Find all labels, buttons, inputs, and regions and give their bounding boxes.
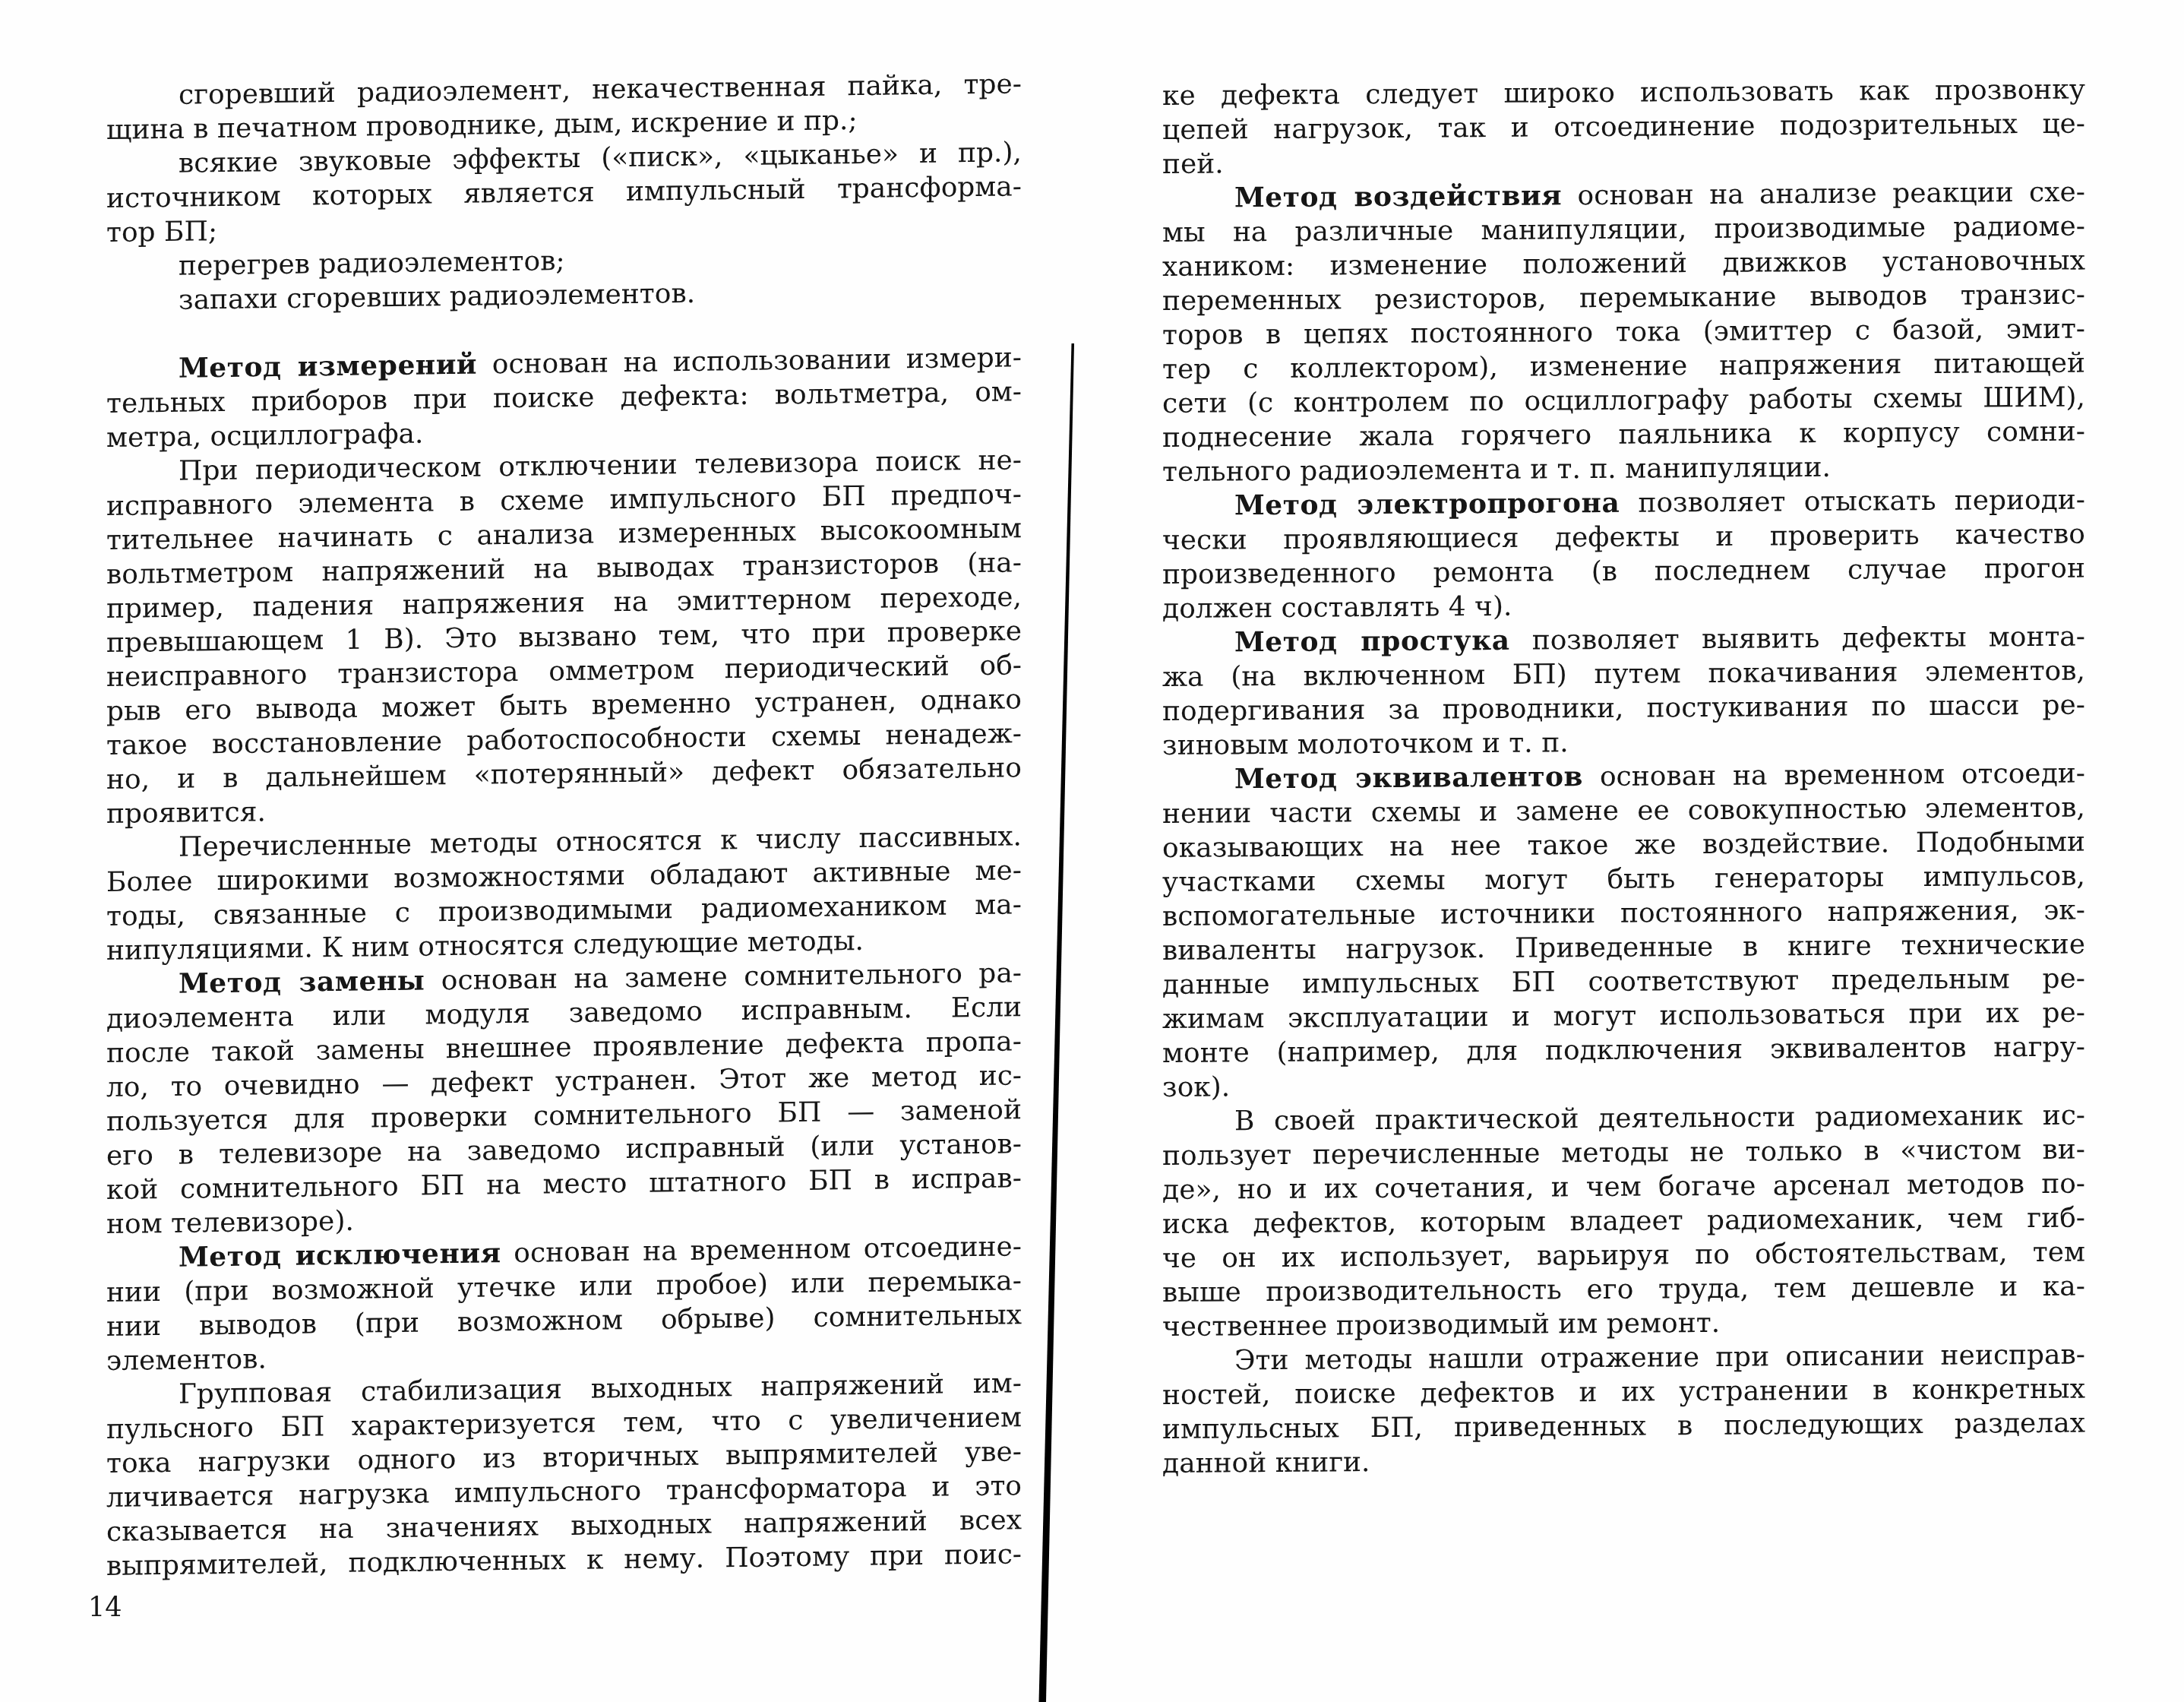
method-term-bold: Метод измерений: [179, 349, 477, 384]
method-term-bold: Метод замены: [179, 965, 425, 1000]
text-line: цепей нагрузок, так и отсоединение подоз…: [1162, 107, 2085, 147]
text-line: подергивания за проводники, постукивания…: [1162, 688, 2085, 729]
text-line: данной книги.: [1162, 1441, 2085, 1481]
text-line: поднесение жала горячего паяльника к кор…: [1162, 415, 2085, 455]
page-number: 14: [88, 1593, 122, 1623]
method-term-bold: Метод электропрогона: [1234, 487, 1620, 522]
left-page-text-column: сгоревший радиоэлемент, некачественная п…: [106, 67, 1022, 1583]
method-term-bold: Метод простука: [1234, 625, 1510, 659]
text-line: импульсных БП, приведенных в последующих…: [1162, 1406, 2085, 1447]
book-spread-page: сгоревший радиоэлемент, некачественная п…: [0, 0, 2184, 1702]
text-line: произведенного ремонта (в последнем случ…: [1162, 552, 2085, 592]
text-line: монте (например, для подключения эквивал…: [1162, 1030, 2085, 1071]
right-page-text-column: ке дефекта следует широко использовать к…: [1162, 73, 2085, 1481]
method-term-bold: Метод эквивалентов: [1234, 761, 1583, 795]
method-term-bold: Метод воздействия: [1234, 179, 1562, 214]
method-term-bold: Метод исключения: [179, 1237, 501, 1273]
text-line: выше производительность его труда, тем д…: [1162, 1270, 2085, 1310]
